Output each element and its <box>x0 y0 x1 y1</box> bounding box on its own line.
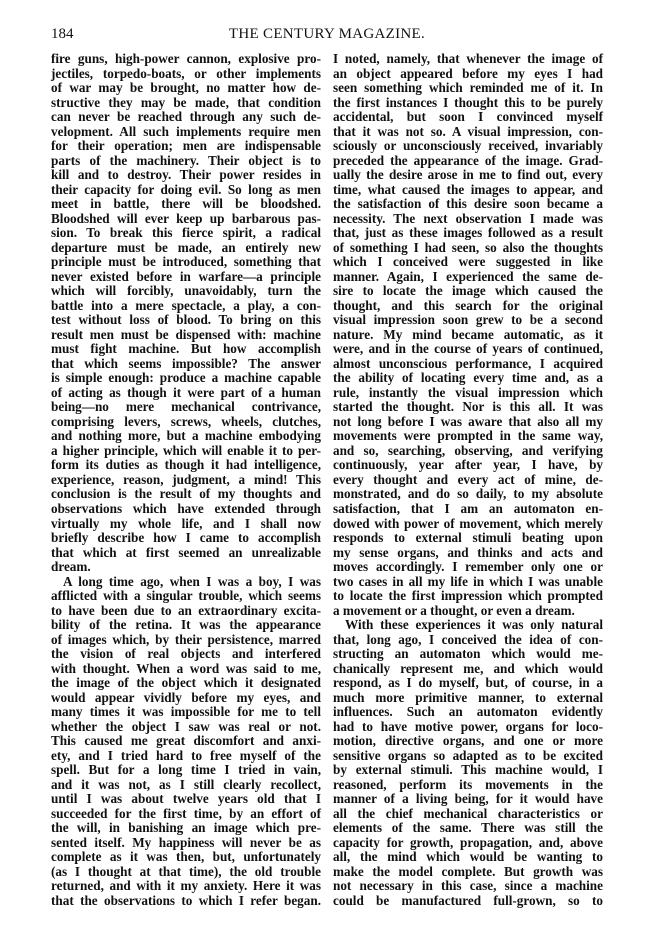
page-header: 184 THE CENTURY MAGAZINE. <box>51 26 603 46</box>
text-line: a higher principle, which will enable it… <box>51 444 321 459</box>
text-line: whether the object I saw was real or not… <box>51 720 321 735</box>
text-line: the satisfaction of this desire soon bec… <box>333 197 603 212</box>
text-line: principle must be introduced, something … <box>51 255 321 270</box>
text-line: rule, instantly the visual impression wh… <box>333 386 603 401</box>
text-line: responds to external stimuli beating upo… <box>333 531 603 546</box>
text-line: returned, and with it my anxiety. Here i… <box>51 879 321 894</box>
text-line: of something I had seen, so also the tho… <box>333 241 603 256</box>
left-text-column: fire guns, high-power cannon, explosive … <box>51 52 321 908</box>
text-line: every thought and every act of mine, de- <box>333 473 603 488</box>
text-line: time, what caused the images to appear, … <box>333 183 603 198</box>
text-line: experience, reason, judgment, a mind! Th… <box>51 473 321 488</box>
text-line: chanically represent me, and which would <box>333 662 603 677</box>
text-line: sciously or unconsciously received, inva… <box>333 139 603 154</box>
text-line: briefly describe how I came to accomplis… <box>51 531 321 546</box>
text-line: With these experiences it was only natur… <box>333 618 603 633</box>
text-line: continuously, year after year, I have, b… <box>333 458 603 473</box>
text-line: virtually my whole life, and I shall now <box>51 517 321 532</box>
text-line: jectiles, torpedo-boats, or other implem… <box>51 67 321 82</box>
text-line: kill and to destroy. Their power resides… <box>51 168 321 183</box>
text-line: observations which have extended through <box>51 502 321 517</box>
text-line: I noted, namely, that whenever the image… <box>333 52 603 67</box>
text-line: could be manufactured full-grown, so to <box>333 894 603 909</box>
text-line: many times it was impossible for me to t… <box>51 705 321 720</box>
text-line: comprising levers, screws, wheels, clutc… <box>51 415 321 430</box>
text-line: of images which, by their persistence, m… <box>51 633 321 648</box>
text-line: bility of the retina. It was the appeara… <box>51 618 321 633</box>
text-line: that, just as these images followed as a… <box>333 226 603 241</box>
text-line: manner. Again, I experienced the same de… <box>333 270 603 285</box>
text-line: to locate the first impression which pro… <box>333 589 603 604</box>
text-line: (as I thought at that time), the old tro… <box>51 865 321 880</box>
text-line: can never be reached through any such de… <box>51 110 321 125</box>
text-line: visual impression soon grew to be a seco… <box>333 313 603 328</box>
text-line: by external stimuli. This machine would,… <box>333 763 603 778</box>
text-line: never existed before in warfare—a princi… <box>51 270 321 285</box>
text-line: monstrated, and do so daily, to my absol… <box>333 487 603 502</box>
text-line: velopment. All such implements require m… <box>51 125 321 140</box>
text-line: motion, directive organs, and one or mor… <box>333 734 603 749</box>
text-line: almost unconscious performance, I acquir… <box>333 357 603 372</box>
text-line: sion. To break this fierce spirit, a rad… <box>51 226 321 241</box>
text-line: dream. <box>51 560 321 575</box>
text-line: until I was about twelve years old that … <box>51 792 321 807</box>
text-line: influences. Such an automaton evidently <box>333 705 603 720</box>
text-line: seen something which reminded me of it. … <box>333 81 603 96</box>
text-line: all, the mind which would be wanting to <box>333 850 603 865</box>
text-line: afflicted with a singular trouble, which… <box>51 589 321 604</box>
text-line: elements of the same. There was still th… <box>333 821 603 836</box>
text-line: test without loss of blood. To bring on … <box>51 313 321 328</box>
text-line: and so, searching, observing, and verify… <box>333 444 603 459</box>
text-line: is simple enough: produce a machine capa… <box>51 371 321 386</box>
text-line: sensitive organs so adapted as to be exc… <box>333 749 603 764</box>
text-line: that, long ago, I conceived the idea of … <box>333 633 603 648</box>
text-line: two cases in all my life in which I was … <box>333 575 603 590</box>
text-line: accidental, but soon I convinced myself <box>333 110 603 125</box>
text-line: to have been due to an extraordinary exc… <box>51 604 321 619</box>
text-line: moves accordingly. I remember only one o… <box>333 560 603 575</box>
text-line: Bloodshed will ever keep up barbarous pa… <box>51 212 321 227</box>
text-line: much more primitive manner, to external <box>333 691 603 706</box>
text-line: my sense organs, and thinks and acts and <box>333 546 603 561</box>
text-line: must fight machine. But how accomplish <box>51 342 321 357</box>
text-line: not long before I was aware that also al… <box>333 415 603 430</box>
text-line: preceded the appearance of the image. Gr… <box>333 154 603 169</box>
text-line: and nothing more, but a machine embodyin… <box>51 429 321 444</box>
text-line: spell. But for a long time I tried in va… <box>51 763 321 778</box>
text-line: that which seems impossible? The answer <box>51 357 321 372</box>
text-line: their capacity for doing evil. So long a… <box>51 183 321 198</box>
right-text-column: I noted, namely, that whenever the image… <box>333 52 603 908</box>
text-line: started the thought. Nor is this all. It… <box>333 400 603 415</box>
text-line: that it was not so. A visual impression,… <box>333 125 603 140</box>
text-line: respond, as I do myself, but, of course,… <box>333 676 603 691</box>
text-line: which will forcibly, unavoidably, turn t… <box>51 284 321 299</box>
text-line: of war may be brought, no matter how de- <box>51 81 321 96</box>
text-line: departure must be made, an entirely new <box>51 241 321 256</box>
text-line: meet in battle, there will be bloodshed. <box>51 197 321 212</box>
text-line: not necessary in this case, since a mach… <box>333 879 603 894</box>
text-line: fire guns, high-power cannon, explosive … <box>51 52 321 67</box>
text-line: which I conceived were suggested in like <box>333 255 603 270</box>
text-line: the ability of locating every time and, … <box>333 371 603 386</box>
text-line: nature. My mind became automatic, as it <box>333 328 603 343</box>
text-line: that which at first seemed an unrealizab… <box>51 546 321 561</box>
text-line: This caused me great discomfort and anxi… <box>51 734 321 749</box>
text-line: sire to locate the image which caused th… <box>333 284 603 299</box>
text-line: the vision of real objects and interfere… <box>51 647 321 662</box>
text-line: all the chief mechanical characteristics… <box>333 807 603 822</box>
text-line: succeeded for the first time, by an effo… <box>51 807 321 822</box>
text-line: capacity for growth, propagation, and, a… <box>333 836 603 851</box>
text-line: and it was not, as I still clearly recol… <box>51 778 321 793</box>
text-line: conclusion is the result of my thoughts … <box>51 487 321 502</box>
text-line: parts of the machinery. Their object is … <box>51 154 321 169</box>
text-line: complete as it was then, but, unfortunat… <box>51 850 321 865</box>
text-line: necessity. The next observation I made w… <box>333 212 603 227</box>
text-line: ually the desire arose in me to find out… <box>333 168 603 183</box>
text-line: had to have motive power, organs for loc… <box>333 720 603 735</box>
text-line: the will, in banishing an image which pr… <box>51 821 321 836</box>
text-line: manner of a living being, for it would h… <box>333 792 603 807</box>
text-line: with thought. When a word was said to me… <box>51 662 321 677</box>
text-line: sented itself. My happiness will never b… <box>51 836 321 851</box>
text-line: ety, and I tried hard to free myself of … <box>51 749 321 764</box>
text-line: battle into a mere spectacle, a play, a … <box>51 299 321 314</box>
text-line: that the observations to which I refer b… <box>51 894 321 909</box>
text-line: dowed with power of movement, which mere… <box>333 517 603 532</box>
text-line: form its duties as though it had intelli… <box>51 458 321 473</box>
text-line: an object appeared before my eyes I had <box>333 67 603 82</box>
text-line: thought, and this search for the origina… <box>333 299 603 314</box>
text-line: for their operation; men are indispensab… <box>51 139 321 154</box>
text-line: structing an automaton which would me- <box>333 647 603 662</box>
text-line: movements were prompted in the same way, <box>333 429 603 444</box>
text-line: reasoned, perform its movements in the <box>333 778 603 793</box>
text-line: satisfaction, that I am an automaton en- <box>333 502 603 517</box>
text-line: were, and in the course of years of cont… <box>333 342 603 357</box>
text-line: a movement or a thought, or even a dream… <box>333 604 603 619</box>
text-line: the image of the object which it designa… <box>51 676 321 691</box>
text-line: structive they may be made, that conditi… <box>51 96 321 111</box>
text-line: result men must be dispensed with: machi… <box>51 328 321 343</box>
text-line: A long time ago, when I was a boy, I was <box>51 575 321 590</box>
text-line: the first instances I thought this to be… <box>333 96 603 111</box>
magazine-page: 184 THE CENTURY MAGAZINE. fire guns, hig… <box>0 0 645 943</box>
text-line: make the model complete. But growth was <box>333 865 603 880</box>
text-line: of acting as though it were part of a hu… <box>51 386 321 401</box>
text-line: would appear vividly before my eyes, and <box>51 691 321 706</box>
text-line: being—no mere mechanical contrivance, <box>51 400 321 415</box>
running-title: THE CENTURY MAGAZINE. <box>51 26 603 43</box>
